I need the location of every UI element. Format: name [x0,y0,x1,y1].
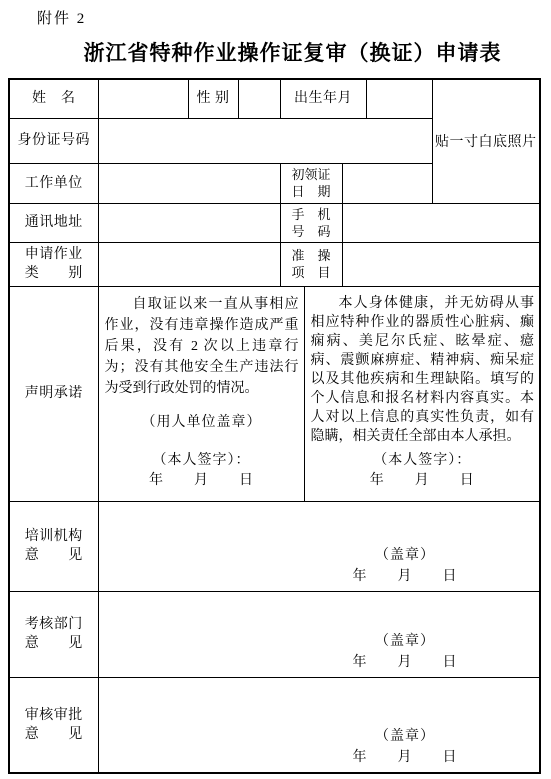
permitted-items-label: 准 操 项 目 [280,242,342,286]
declaration-left-box: 自取证以来一直从事相应作业，没有违章操作造成严重后果，没有 2 次以上违章行为；… [99,287,304,499]
review-approval-label: 审核审批 意 见 [9,677,98,773]
stamp-line: （盖章） [317,726,493,747]
row-declaration: 声明承诺 自取证以来一直从事相应作业，没有违章操作造成严重后果，没有 2 次以上… [9,286,540,501]
row-review-approval: 审核审批 意 见 （盖章） 年 月 日 [9,677,540,773]
review-approval-opinion-box: （盖章） 年 月 日 [317,726,493,768]
stamp-line: （盖章） [317,545,493,566]
row-assessment-dept: 考核部门 意 见 （盖章） 年 月 日 [9,591,540,677]
page-container: 附件 2 浙江省特种作业操作证复审（换证）申请表 姓 名 性 别 出生年月 贴一… [0,0,551,779]
photo-cell: 贴一寸白底照片 [432,79,540,203]
birth-date-label: 出生年月 [280,79,366,118]
mobile-value-cell [342,203,540,242]
assessment-dept-label: 考核部门 意 见 [9,591,98,677]
job-category-value-cell [98,242,280,286]
right-date-line: 年 月 日 [311,471,535,491]
gender-label: 性 别 [188,79,238,118]
work-unit-value-cell [98,163,280,203]
review-approval-opinion-cell: （盖章） 年 月 日 [98,677,540,773]
date-line: 年 月 日 [317,747,493,768]
birth-date-value-cell [366,79,432,118]
first-cert-date-label: 初领证 日 期 [280,163,342,203]
permitted-items-value-cell [342,242,540,286]
assessment-dept-opinion-cell: （盖章） 年 月 日 [98,591,540,677]
left-date-line: 年 月 日 [105,471,299,491]
training-org-label: 培训机构 意 见 [9,501,98,591]
job-category-label: 申请作业 类 别 [9,242,98,286]
left-sign-line: （本人签字）： [105,451,299,471]
name-value-cell [98,79,188,118]
declaration-left-text: 自取证以来一直从事相应作业，没有违章操作造成严重后果，没有 2 次以上违章行为；… [105,294,299,399]
id-number-label: 身份证号码 [9,118,98,163]
name-label: 姓 名 [9,79,98,118]
right-sign-line: （本人签字）： [311,451,535,471]
application-form-table: 姓 名 性 别 出生年月 贴一寸白底照片 身份证号码 工作单位 初领证 日 期 … [8,78,541,774]
address-label: 通讯地址 [9,203,98,242]
spacer [105,399,299,413]
row-address-mobile: 通讯地址 手 机 号 码 [9,203,540,242]
row-job-category: 申请作业 类 别 准 操 项 目 [9,242,540,286]
declaration-right-box: 本人身体健康，并无妨碍从事相应特种作业的器质性心脏病、癫痫病、美尼尔氏症、眩晕症… [305,287,540,499]
declaration-left-cell: 自取证以来一直从事相应作业，没有违章操作造成严重后果，没有 2 次以上违章行为；… [98,286,304,501]
attachment-label: 附件 2 [37,7,86,28]
gender-value-cell [238,79,280,118]
row-training-org: 培训机构 意 见 （盖章） 年 月 日 [9,501,540,591]
date-line: 年 月 日 [317,566,493,587]
first-cert-date-value-cell [342,163,432,203]
assessment-dept-opinion-box: （盖章） 年 月 日 [317,631,493,673]
mobile-label: 手 机 号 码 [280,203,342,242]
training-org-opinion-cell: （盖章） 年 月 日 [98,501,540,591]
declaration-right-text: 本人身体健康，并无妨碍从事相应特种作业的器质性心脏病、癫痫病、美尼尔氏症、眩晕症… [311,294,535,446]
work-unit-label: 工作单位 [9,163,98,203]
declaration-right-cell: 本人身体健康，并无妨碍从事相应特种作业的器质性心脏病、癫痫病、美尼尔氏症、眩晕症… [304,286,540,501]
row-name-gender-birth: 姓 名 性 别 出生年月 贴一寸白底照片 [9,79,540,118]
spacer [105,433,299,451]
stamp-line: （盖章） [317,631,493,652]
employer-stamp-line: （用人单位盖章） [105,413,299,433]
date-line: 年 月 日 [317,652,493,673]
address-value-cell [98,203,280,242]
page-title: 浙江省特种作业操作证复审（换证）申请表 [0,37,551,67]
declaration-label: 声明承诺 [9,286,98,501]
id-number-value-cell [98,118,432,163]
training-org-opinion-box: （盖章） 年 月 日 [317,545,493,587]
